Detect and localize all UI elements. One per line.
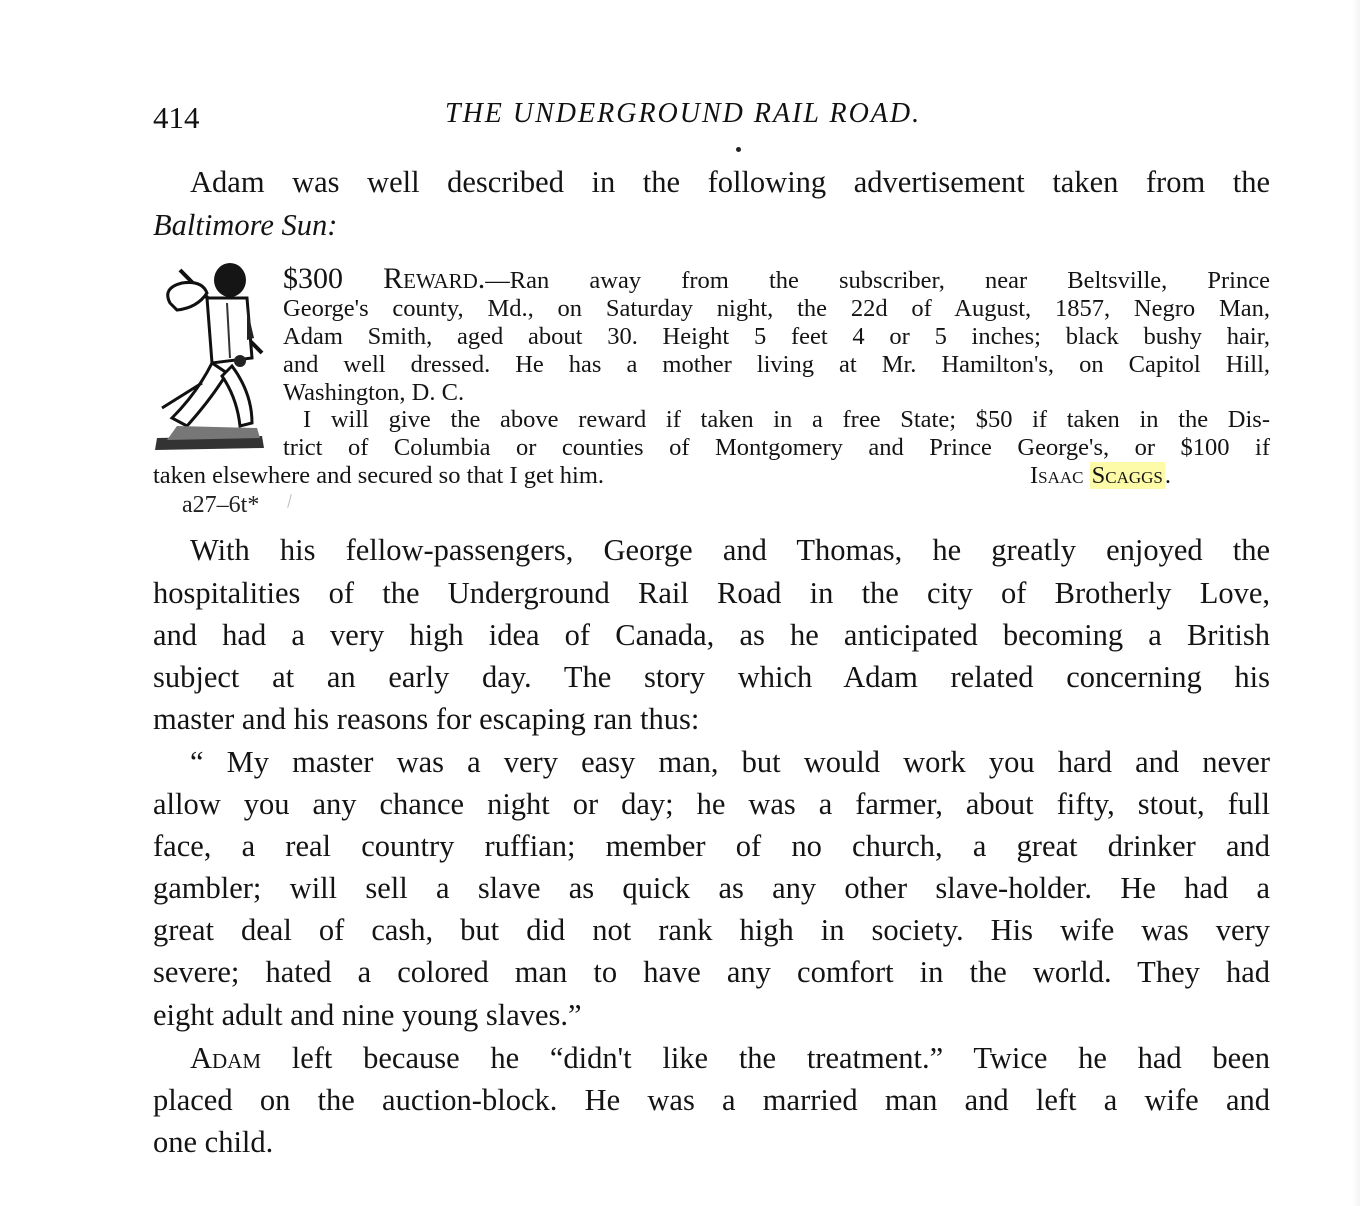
print-mark	[287, 494, 292, 508]
ad-line-2: George's county, Md., on Saturday night,…	[283, 295, 1270, 323]
p1-line-4: subject at an early day. The story which…	[153, 660, 1270, 695]
intro-line: Adam was well described in the following…	[190, 165, 1270, 200]
running-head: THE UNDERGROUND RAIL ROAD.	[445, 98, 921, 130]
ad-line-1: $300 Reward.—Ran away from the subscribe…	[283, 262, 1270, 296]
page-header: 414 THE UNDERGROUND RAIL ROAD.	[153, 98, 1270, 138]
highlighted-surname: Scaggs	[1090, 462, 1165, 489]
print-speck	[736, 147, 741, 152]
p1-line-1: With his fellow-passengers, George and T…	[190, 533, 1270, 568]
p2-line-5: great deal of cash, but did not rank hig…	[153, 913, 1270, 948]
p3-line-1: Adam left because he “didn't like the tr…	[190, 1041, 1270, 1076]
signature-first: Isaac	[1030, 462, 1084, 489]
p3-line-1-text: left because he “didn't like the treatme…	[261, 1041, 1270, 1075]
p2-line-2: allow you any chance night or day; he wa…	[153, 787, 1270, 822]
ad-text: —Ran away from the subscriber, near Belt…	[485, 267, 1270, 294]
ad-line-3: Adam Smith, aged about 30. Height 5 feet…	[283, 323, 1270, 351]
reward-amount: $300	[283, 262, 343, 295]
reward-word: Reward.	[383, 262, 485, 295]
ad-signature: Isaac Scaggs.	[1030, 462, 1171, 490]
scan-edge	[1352, 0, 1360, 1206]
page-number: 414	[153, 100, 200, 136]
p2-line-4: gambler; will sell a slave as quick as a…	[153, 871, 1270, 906]
runaway-woodcut-icon	[152, 258, 270, 453]
signature-punct: .	[1165, 462, 1171, 489]
ad-code: a27–6t*	[182, 492, 259, 519]
ad-line-4: and well dressed. He has a mother living…	[283, 351, 1270, 379]
book-page: 414 THE UNDERGROUND RAIL ROAD. Adam was …	[0, 0, 1360, 1206]
newspaper-title: Baltimore Sun:	[153, 208, 1270, 243]
ad-line-8: taken elsewhere and secured so that I ge…	[153, 462, 853, 490]
p1-line-5: master and his reasons for escaping ran …	[153, 702, 1270, 737]
p2-line-7: eight adult and nine young slaves.”	[153, 998, 1270, 1033]
ad-line-6: I will give the above reward if taken in…	[303, 406, 1270, 434]
p1-line-2: hospitalities of the Underground Rail Ro…	[153, 576, 1270, 611]
p3-line-3: one child.	[153, 1125, 1270, 1160]
p1-line-3: and had a very high idea of Canada, as h…	[153, 618, 1270, 653]
p2-line-3: face, a real country ruffian; member of …	[153, 829, 1270, 864]
p2-line-6: severe; hated a colored man to have any …	[153, 955, 1270, 990]
ad-line-7: trict of Columbia or counties of Montgom…	[283, 434, 1270, 462]
ad-line-5: Washington, D. C.	[283, 379, 1270, 407]
p3-lead-name: Adam	[190, 1041, 261, 1075]
p3-line-2: placed on the auction-block. He was a ma…	[153, 1083, 1270, 1118]
p2-line-1: “ My master was a very easy man, but wou…	[190, 745, 1270, 780]
